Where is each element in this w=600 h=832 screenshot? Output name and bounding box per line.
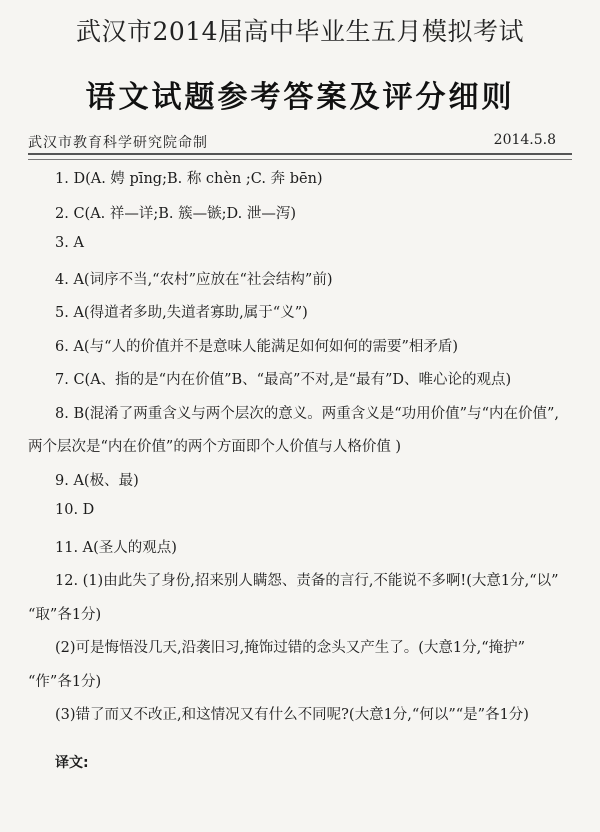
answer-item-continuation: “作”各1分): [28, 670, 101, 691]
document-title: 语文试题参考答案及评分细则: [0, 72, 600, 116]
answer-item: (3)错了而又不改正,和这情况又有什么不同呢?(大意1分,“何以”“是”各1分): [55, 703, 529, 724]
answer-item: 6. A(与“人的价值并不是意味人能满足如何如何的需要”相矛盾): [55, 335, 458, 356]
answer-item: 1. D(A. 娉 pīng;B. 称 chèn ;C. 奔 bēn): [55, 167, 323, 188]
answer-item: 12. (1)由此失了身份,招来别人瞒怨、责备的言行,不能说不多啊!(大意1分,…: [55, 569, 559, 590]
answer-item: 3. A: [55, 235, 84, 251]
answer-item: 11. A(圣人的观点): [55, 536, 177, 557]
exam-answer-page: 武汉市2014届高中毕业生五月模拟考试 语文试题参考答案及评分细则 武汉市教育科…: [0, 0, 600, 832]
answer-item: 8. B(混淆了两重含义与两个层次的意义。两重含义是“功用价值”与“内在价值”,: [55, 402, 559, 423]
issue-date: 2014.5.8: [494, 132, 556, 148]
answer-item: (2)可是悔悟没几天,沿袭旧习,掩饰过错的念头又产生了。(大意1分,“掩护”: [55, 636, 525, 657]
answer-item-continuation: 两个层次是“内在价值”的两个方面即个人价值与人格价值 ): [28, 435, 401, 456]
answer-item: 4. A(词序不当,“农村”应放在“社会结构”前): [55, 268, 333, 289]
answer-item: 10. D: [55, 502, 94, 518]
translation-heading: 译文:: [55, 752, 89, 772]
answer-item-continuation: “取”各1分): [28, 603, 101, 624]
answer-item: 5. A(得道者多助,失道者寡助,属于“义”): [55, 301, 308, 322]
issuer-label: 武汉市教育科学研究院命制: [28, 132, 208, 152]
answer-item: 7. C(A、指的是“内在价值”B、“最高”不对,是“最有”D、唯心论的观点): [55, 368, 511, 389]
header-divider: [28, 153, 572, 160]
exam-title: 武汉市2014届高中毕业生五月模拟考试: [0, 12, 600, 48]
answer-item: 2. C(A. 祥—详;B. 簇—镞;D. 泄—泻): [55, 202, 296, 223]
answer-item: 9. A(极、最): [55, 469, 139, 490]
